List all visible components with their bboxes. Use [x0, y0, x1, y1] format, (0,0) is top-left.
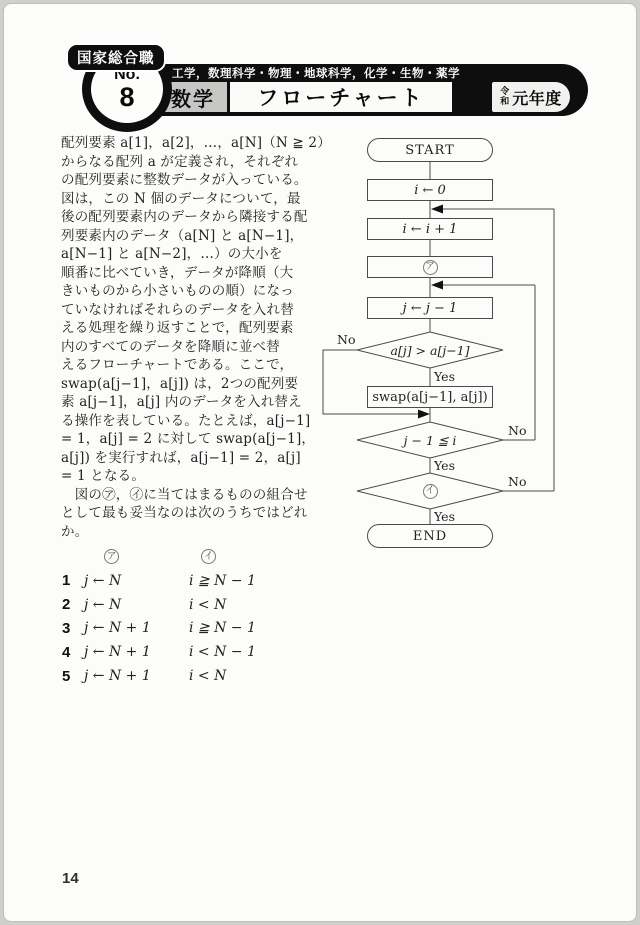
option-value-a: j ← N — [84, 573, 189, 589]
problem-text-line: の配列要素に整数データが入っている。 — [61, 171, 337, 190]
option-number: 3 — [62, 620, 84, 637]
circle-b-placeholder: イ — [423, 484, 438, 499]
problem-text-line: 図は，この N 個のデータについて，最 — [61, 190, 337, 209]
problem-text-line: える処理を繰り返すことで，配列要素 — [61, 319, 337, 338]
yes-label-compare: Yes — [434, 369, 455, 384]
column-b-circle: イ — [201, 549, 216, 564]
decision-compare-label: a[j] > a[j−1] — [357, 332, 503, 368]
option-number: 4 — [62, 644, 84, 661]
option-value-b: i < N — [189, 597, 302, 613]
problem-text-line: 順番に比べていき，データが降順（大 — [61, 264, 337, 283]
decision-inner-loop-label: j − 1 ≦ i — [357, 422, 503, 458]
problem-text-line: = 1 となる。 — [61, 467, 337, 486]
increment-i-node: i ← i + 1 — [367, 218, 493, 240]
option-row: 1j ← Ni ≧ N − 1 — [62, 569, 302, 593]
problem-text-line: 素 a[j−1]，a[j] 内のデータを入れ替え — [61, 393, 337, 412]
options-header: ア イ — [62, 547, 302, 569]
decrement-j-node: j ← j − 1 — [367, 297, 493, 319]
no-label-outer: No — [508, 474, 526, 489]
problem-text-line: 配列要素 a[1]，a[2]，…，a[N]（N ≧ 2） — [61, 134, 337, 153]
year-badge: 令和 元年度 — [492, 82, 570, 112]
problem-text-line: からなる配列 a が定義され，それぞれ — [61, 153, 337, 172]
option-value-b: i < N − 1 — [189, 644, 302, 660]
problem-text-line: 列要素内のデータ（a[N] と a[N−1]， — [61, 227, 337, 246]
problem-text-line: 後の配列要素内のデータから隣接する配 — [61, 208, 337, 227]
problem-text-line: る操作を表している。たとえば，a[j−1] — [61, 412, 337, 431]
page-number: 14 — [62, 870, 79, 887]
problem-text-line: えるフローチャートである。ここで， — [61, 356, 337, 375]
option-row: 4j ← N + 1i < N − 1 — [62, 640, 302, 664]
swap-node: swap(a[j−1], a[j]) — [367, 386, 493, 408]
column-a-circle: ア — [104, 549, 119, 564]
option-value-b: i < N — [189, 668, 302, 684]
exam-category-badge: 国家総合職 — [66, 43, 166, 72]
problem-text-line: 図の㋐，㋑に当てはまるものの組合せ — [61, 486, 337, 505]
option-value-a: j ← N — [84, 597, 189, 613]
start-node: START — [367, 138, 493, 162]
option-value-a: j ← N + 1 — [84, 668, 189, 684]
option-value-b: i ≧ N − 1 — [189, 573, 302, 589]
options-rows: 1j ← Ni ≧ N − 12j ← Ni < N3j ← N + 1i ≧ … — [62, 569, 302, 688]
problem-text-line: きいものから小さいものの順）になっ — [61, 282, 337, 301]
init-i-node: i ← 0 — [367, 179, 493, 201]
option-number: 5 — [62, 668, 84, 685]
header-title-row: 数学 フローチャート 令和 元年度 — [152, 82, 588, 112]
topic-title: フローチャート — [230, 82, 452, 112]
problem-text: 配列要素 a[1]，a[2]，…，a[N]（N ≧ 2）からなる配列 a が定義… — [61, 134, 337, 541]
problem-text-line: ていなければそれらのデータを入れ替 — [61, 301, 337, 320]
header-bar: 工学，数理科学・物理・地球科学，化学・生物・薬学 数学 フローチャート 令和 元… — [152, 64, 588, 116]
option-row: 2j ← Ni < N — [62, 593, 302, 617]
textbook-page: 工学，数理科学・物理・地球科学，化学・生物・薬学 数学 フローチャート 令和 元… — [3, 3, 637, 922]
no-label-inner: No — [508, 423, 526, 438]
option-row: 3j ← N + 1i ≧ N − 1 — [62, 617, 302, 641]
circle-a-placeholder: ア — [423, 260, 438, 275]
answer-options: ア イ 1j ← Ni ≧ N − 12j ← Ni < N3j ← N + 1… — [62, 547, 302, 688]
option-value-a: j ← N + 1 — [84, 620, 189, 636]
problem-text-line: swap(a[j−1]，a[j]) は，2つの配列要 — [61, 375, 337, 394]
yes-label-inner: Yes — [434, 458, 455, 473]
problem-text-line: か。 — [61, 523, 337, 542]
flowchart: START i ← 0 i ← i + 1 ア j ← j − 1 a[j] >… — [319, 129, 579, 559]
decision-outer-loop-label: イ — [357, 473, 503, 509]
problem-text-line: として最も妥当なのは次のうちではどれ — [61, 504, 337, 523]
problem-number: 8 — [119, 83, 134, 111]
option-value-a: j ← N + 1 — [84, 644, 189, 660]
problem-text-line: = 1，a[j] = 2 に対して swap(a[j−1]， — [61, 430, 337, 449]
problem-text-line: 内のすべてのデータを降順に並べ替 — [61, 338, 337, 357]
end-node: END — [367, 524, 493, 548]
option-row: 5j ← N + 1i < N — [62, 664, 302, 688]
year-label: 元年度 — [512, 86, 562, 109]
era-label: 令和 — [500, 87, 510, 107]
problem-text-line: a[j]) を実行すれば，a[j−1] = 2，a[j] — [61, 449, 337, 468]
blank-a-node: ア — [367, 256, 493, 278]
problem-text-line: a[N−1] と a[N−2]，…）の大小を — [61, 245, 337, 264]
option-number: 2 — [62, 596, 84, 613]
subjects-line: 工学，数理科学・物理・地球科学，化学・生物・薬学 — [172, 65, 460, 81]
option-number: 1 — [62, 572, 84, 589]
option-value-b: i ≧ N − 1 — [189, 620, 302, 636]
yes-label-outer: Yes — [434, 509, 455, 524]
no-label-compare: No — [337, 332, 355, 347]
